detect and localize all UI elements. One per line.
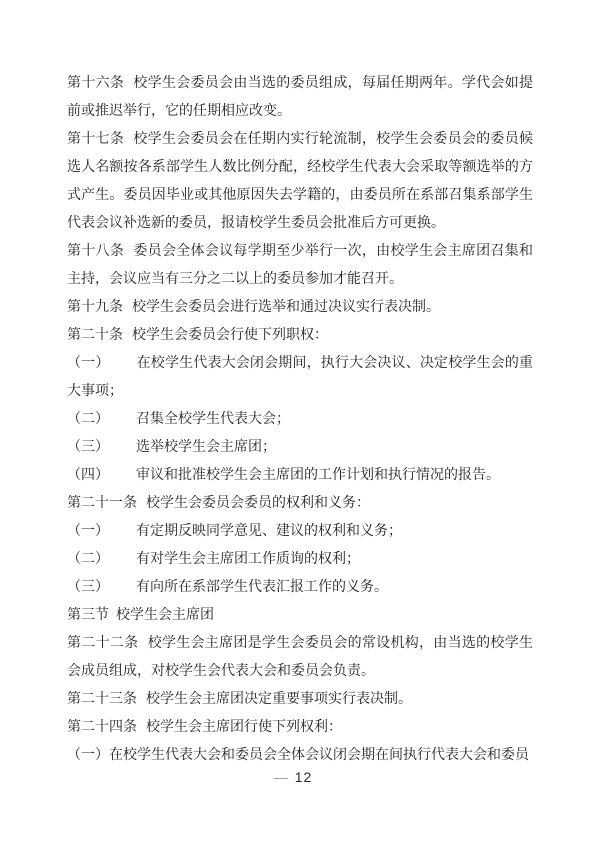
paragraph-text: 在校学生代表大会闭会期间，执行大会决议、决定校学生会的重大事项；	[67, 356, 533, 399]
label-gap	[109, 450, 136, 451]
paragraph-label: （三）	[67, 440, 109, 455]
label-gap	[124, 86, 133, 87]
paragraph-label: （二）	[67, 412, 109, 427]
page-footer: —12	[0, 766, 593, 788]
label-gap	[109, 562, 136, 563]
label-gap	[109, 422, 136, 423]
article-paragraph: 第二十一条校学生会委员会委员的权利和义务：	[67, 490, 533, 518]
label-gap	[109, 534, 136, 535]
paragraph-label: （三）	[67, 580, 109, 595]
document-page: 第十六条校学生会委员会由当选的委员组成，每届任期两年。学代会如提前或推迟举行，它…	[0, 0, 600, 848]
label-gap	[109, 618, 116, 619]
article-paragraph: 第二十三条校学生会主席团决定重要事项实行表决制。	[67, 686, 533, 714]
label-gap	[123, 310, 132, 311]
paragraph-text: 校学生会主席团决定重要事项实行表决制。	[146, 692, 412, 707]
label-gap	[137, 702, 146, 703]
paragraph-label: （一）	[67, 748, 109, 763]
article-paragraph: 第十八条委员会全体会议每学期至少举行一次，由校学生会主席团召集和主持，会议应当有…	[67, 238, 533, 294]
paragraph-text: 校学生会委员会由当选的委员组成，每届任期两年。学代会如提前或推迟举行，它的任期相…	[67, 76, 533, 119]
paragraph-label: 第二十条	[67, 328, 123, 343]
label-gap	[123, 338, 132, 339]
list-item-paragraph: （四）审议和批准校学生会主席团的工作计划和执行情况的报告。	[67, 462, 533, 490]
article-paragraph: 第十九条校学生会委员会进行选举和通过决议实行表决制。	[67, 294, 533, 322]
paragraph-label: 第十六条	[67, 76, 124, 91]
paragraph-text: 有向所在系部学生代表汇报工作的义务。	[136, 580, 388, 595]
document-body: 第十六条校学生会委员会由当选的委员组成，每届任期两年。学代会如提前或推迟举行，它…	[67, 70, 533, 770]
paragraph-label: 第十八条	[67, 244, 124, 259]
list-item-paragraph: （三）选举校学生会主席团；	[67, 434, 533, 462]
paragraph-text: 校学生会主席团	[116, 608, 214, 623]
paragraph-label: （二）	[67, 552, 109, 567]
paragraph-label: （一）	[67, 524, 109, 539]
list-item-paragraph: （二）召集全校学生代表大会；	[67, 406, 533, 434]
article-paragraph: 第十六条校学生会委员会由当选的委员组成，每届任期两年。学代会如提前或推迟举行，它…	[67, 70, 533, 126]
article-paragraph: 第二十条校学生会委员会行使下列职权：	[67, 322, 533, 350]
list-item-paragraph: （一）有定期反映同学意见、建议的权利和义务；	[67, 518, 533, 546]
paragraph-label: 第二十一条	[67, 496, 137, 511]
paragraph-label: 第二十三条	[67, 692, 137, 707]
paragraph-text: 在校学生代表大会和委员会全体会议闭会期在间执行代表大会和委员	[109, 748, 529, 763]
paragraph-label: 第二十二条	[67, 636, 138, 651]
label-gap	[124, 142, 133, 143]
paragraph-text: 有定期反映同学意见、建议的权利和义务；	[136, 524, 402, 539]
footer-dash: —	[274, 769, 288, 785]
paragraph-text: 委员会全体会议每学期至少举行一次，由校学生会主席团召集和主持，会议应当有三分之二…	[67, 244, 533, 287]
label-gap	[109, 366, 136, 367]
label-gap	[137, 506, 146, 507]
paragraph-label: （一）	[67, 356, 109, 371]
paragraph-text: 审议和批准校学生会主席团的工作计划和执行情况的报告。	[136, 468, 500, 483]
label-gap	[124, 254, 133, 255]
section-heading: 第三节校学生会主席团	[67, 602, 533, 630]
paragraph-text: 有对学生会主席团工作质询的权利；	[136, 552, 360, 567]
page-number: 12	[295, 769, 313, 785]
label-gap	[109, 590, 136, 591]
article-paragraph: 第二十二条校学生会主席团是学生会委员会的常设机构，由当选的校学生会成员组成，对校…	[67, 630, 533, 686]
paragraph-label: 第三节	[67, 608, 109, 623]
label-gap	[137, 730, 146, 731]
paragraph-text: 召集全校学生代表大会；	[136, 412, 290, 427]
paragraph-label: 第二十四条	[67, 720, 137, 735]
paragraph-text: 校学生会主席团行使下列权利：	[146, 720, 342, 735]
list-item-paragraph: （三）有向所在系部学生代表汇报工作的义务。	[67, 574, 533, 602]
paragraph-text: 校学生会委员会行使下列职权：	[132, 328, 328, 343]
article-paragraph: 第二十四条校学生会主席团行使下列权利：	[67, 714, 533, 742]
paragraph-text: 选举校学生会主席团；	[136, 440, 276, 455]
label-gap	[109, 478, 136, 479]
list-item-paragraph: （二）有对学生会主席团工作质询的权利；	[67, 546, 533, 574]
paragraph-label: 第十七条	[67, 132, 124, 147]
paragraph-label: （四）	[67, 468, 109, 483]
list-item-paragraph: （一）在校学生代表大会闭会期间，执行大会决议、决定校学生会的重大事项；	[67, 350, 533, 406]
paragraph-text: 校学生会委员会进行选举和通过决议实行表决制。	[132, 300, 440, 315]
paragraph-text: 校学生会委员会在任期内实行轮流制，校学生会委员会的委员候选人名额按各系部学生人数…	[67, 132, 533, 231]
paragraph-label: 第十九条	[67, 300, 123, 315]
article-paragraph: 第十七条校学生会委员会在任期内实行轮流制，校学生会委员会的委员候选人名额按各系部…	[67, 126, 533, 238]
paragraph-text: 校学生会委员会委员的权利和义务：	[146, 496, 370, 511]
